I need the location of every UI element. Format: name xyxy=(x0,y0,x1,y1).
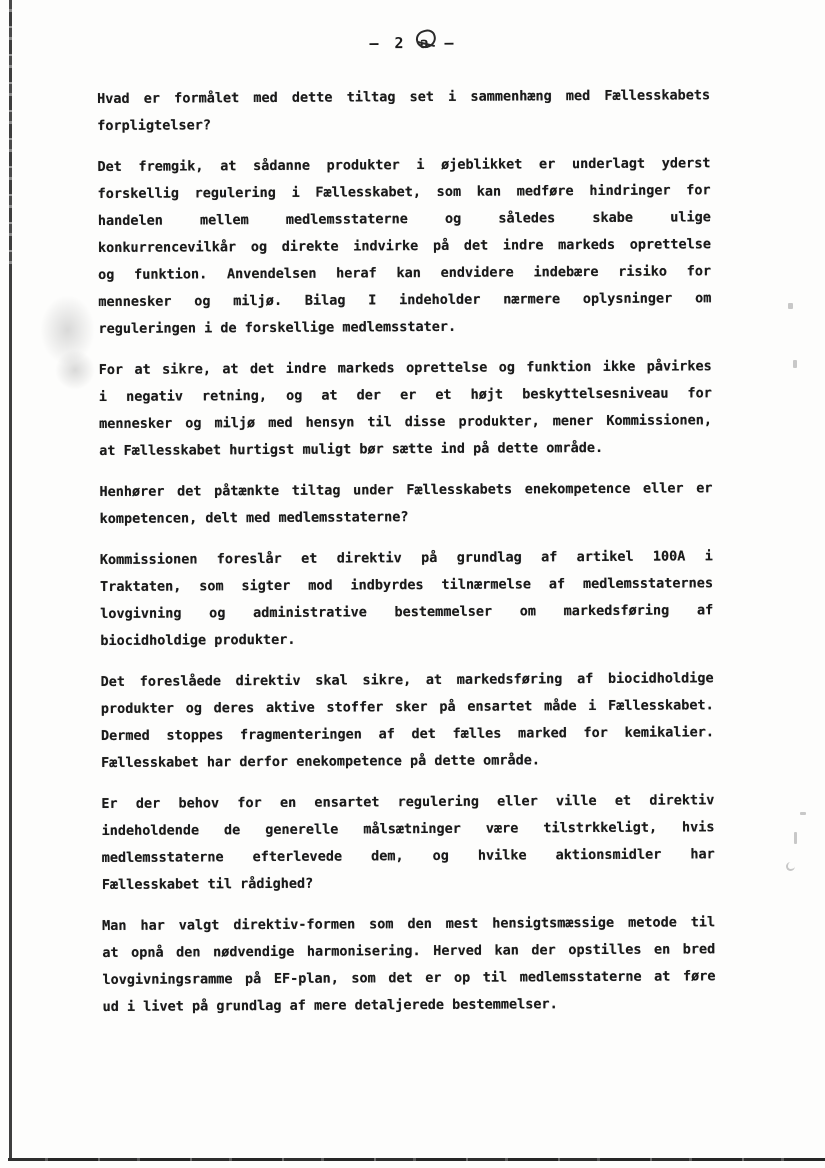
text-line: Man har valgt direktiv-formen som den me… xyxy=(102,909,715,940)
scan-speck xyxy=(788,303,793,309)
scanned-document-page: –2a— Hvad er formålet med dette tiltag s… xyxy=(0,0,825,1168)
text-line: Henhører det påtænkte tiltag under Fælle… xyxy=(99,475,712,506)
text-line: lovgivningsramme på EF-plan, som det er … xyxy=(102,963,715,994)
paragraphs: Hvad er formålet med dette tiltag set i … xyxy=(97,82,716,1035)
text-line: handelen mellem medlemsstaterne og såled… xyxy=(98,204,711,235)
paragraph: Er der behov for en ensartet regulering … xyxy=(101,787,715,899)
page-number: –2a— xyxy=(0,32,825,54)
text-line: medlemsstaterne efterlevede dem, og hvil… xyxy=(102,841,715,872)
scan-smudge xyxy=(55,350,95,390)
text-line: Er der behov for en ensartet regulering … xyxy=(101,787,714,818)
paragraph: Det fremgik, at sådanne produkter i øjeb… xyxy=(97,150,711,343)
text-line: biocidholdige produkter. xyxy=(100,624,713,655)
text-line: indeholdende de generelle målsætninger v… xyxy=(101,814,714,845)
text-line: produkter og deres aktive stoffer sker p… xyxy=(101,692,714,723)
paragraph: Kommissionen foreslår et direktiv på gru… xyxy=(100,543,714,655)
text-line: mennesker og miljø med hensyn til disse … xyxy=(99,407,712,438)
text-line: og funktion. Anvendelsen heraf kan endvi… xyxy=(98,258,711,289)
text-line: at opnå den nødvendige harmonisering. He… xyxy=(102,936,715,967)
page-number-overstruck-char: a xyxy=(419,34,430,52)
scan-edge-bottom xyxy=(8,1158,825,1161)
scan-edge-left-solid xyxy=(9,270,12,1160)
paragraph: Hvad er formålet med dette tiltag set i … xyxy=(97,82,710,140)
paragraph: Henhører det påtænkte tiltag under Fælle… xyxy=(99,475,712,533)
scan-speck xyxy=(793,360,797,368)
scan-speck xyxy=(794,832,797,844)
text-line: at Fællesskabet hurtigst muligt bør sætt… xyxy=(99,434,712,465)
scan-speck xyxy=(800,812,806,815)
paragraph: Man har valgt direktiv-formen som den me… xyxy=(102,909,716,1021)
text-line: For at sikre, at det indre markeds opret… xyxy=(99,353,712,384)
text-line: Fællesskabet til rådighed? xyxy=(102,868,715,899)
text-line: Det foreslåede direktiv skal sikre, at m… xyxy=(101,665,714,696)
page-number-dash-right: — xyxy=(444,34,455,52)
text-line: forskellig regulering i Fællesskabet, so… xyxy=(98,177,711,208)
text-line: Det fremgik, at sådanne produkter i øjeb… xyxy=(97,150,710,181)
text-line: forpligtelser? xyxy=(97,109,710,140)
text-line: Kommissionen foreslår et direktiv på gru… xyxy=(100,543,713,574)
text-line: mennesker og miljø. Bilag I indeholder n… xyxy=(98,285,711,316)
text-line: lovgivning og administrative bestemmelse… xyxy=(100,597,713,628)
text-line: ud i livet på grundlag af mere detaljere… xyxy=(103,990,716,1021)
text-line: Dermed stoppes fragmenteringen af det fæ… xyxy=(101,719,714,750)
text-line: Hvad er formålet med dette tiltag set i … xyxy=(97,82,710,113)
page-number-value: 2 xyxy=(394,34,405,52)
text-line: i negativ retning, og at der er et højt … xyxy=(99,380,712,411)
paragraph: Det foreslåede direktiv skal sikre, at m… xyxy=(101,665,715,777)
text-line: Traktaten, som sigter mod indbyrdes tiln… xyxy=(100,570,713,601)
text-line: reguleringen i de forskellige medlemssta… xyxy=(98,312,711,343)
text-line: konkurrencevilkår og direkte indvirke på… xyxy=(98,231,711,262)
paragraph: For at sikre, at det indre markeds opret… xyxy=(99,353,713,465)
text-line: kompetencen, delt med medlemsstaterne? xyxy=(100,502,713,533)
scan-speck xyxy=(786,862,795,871)
text-line: Fællesskabet har derfor enekompetence på… xyxy=(101,746,714,777)
page-number-dash-left: – xyxy=(369,34,380,52)
